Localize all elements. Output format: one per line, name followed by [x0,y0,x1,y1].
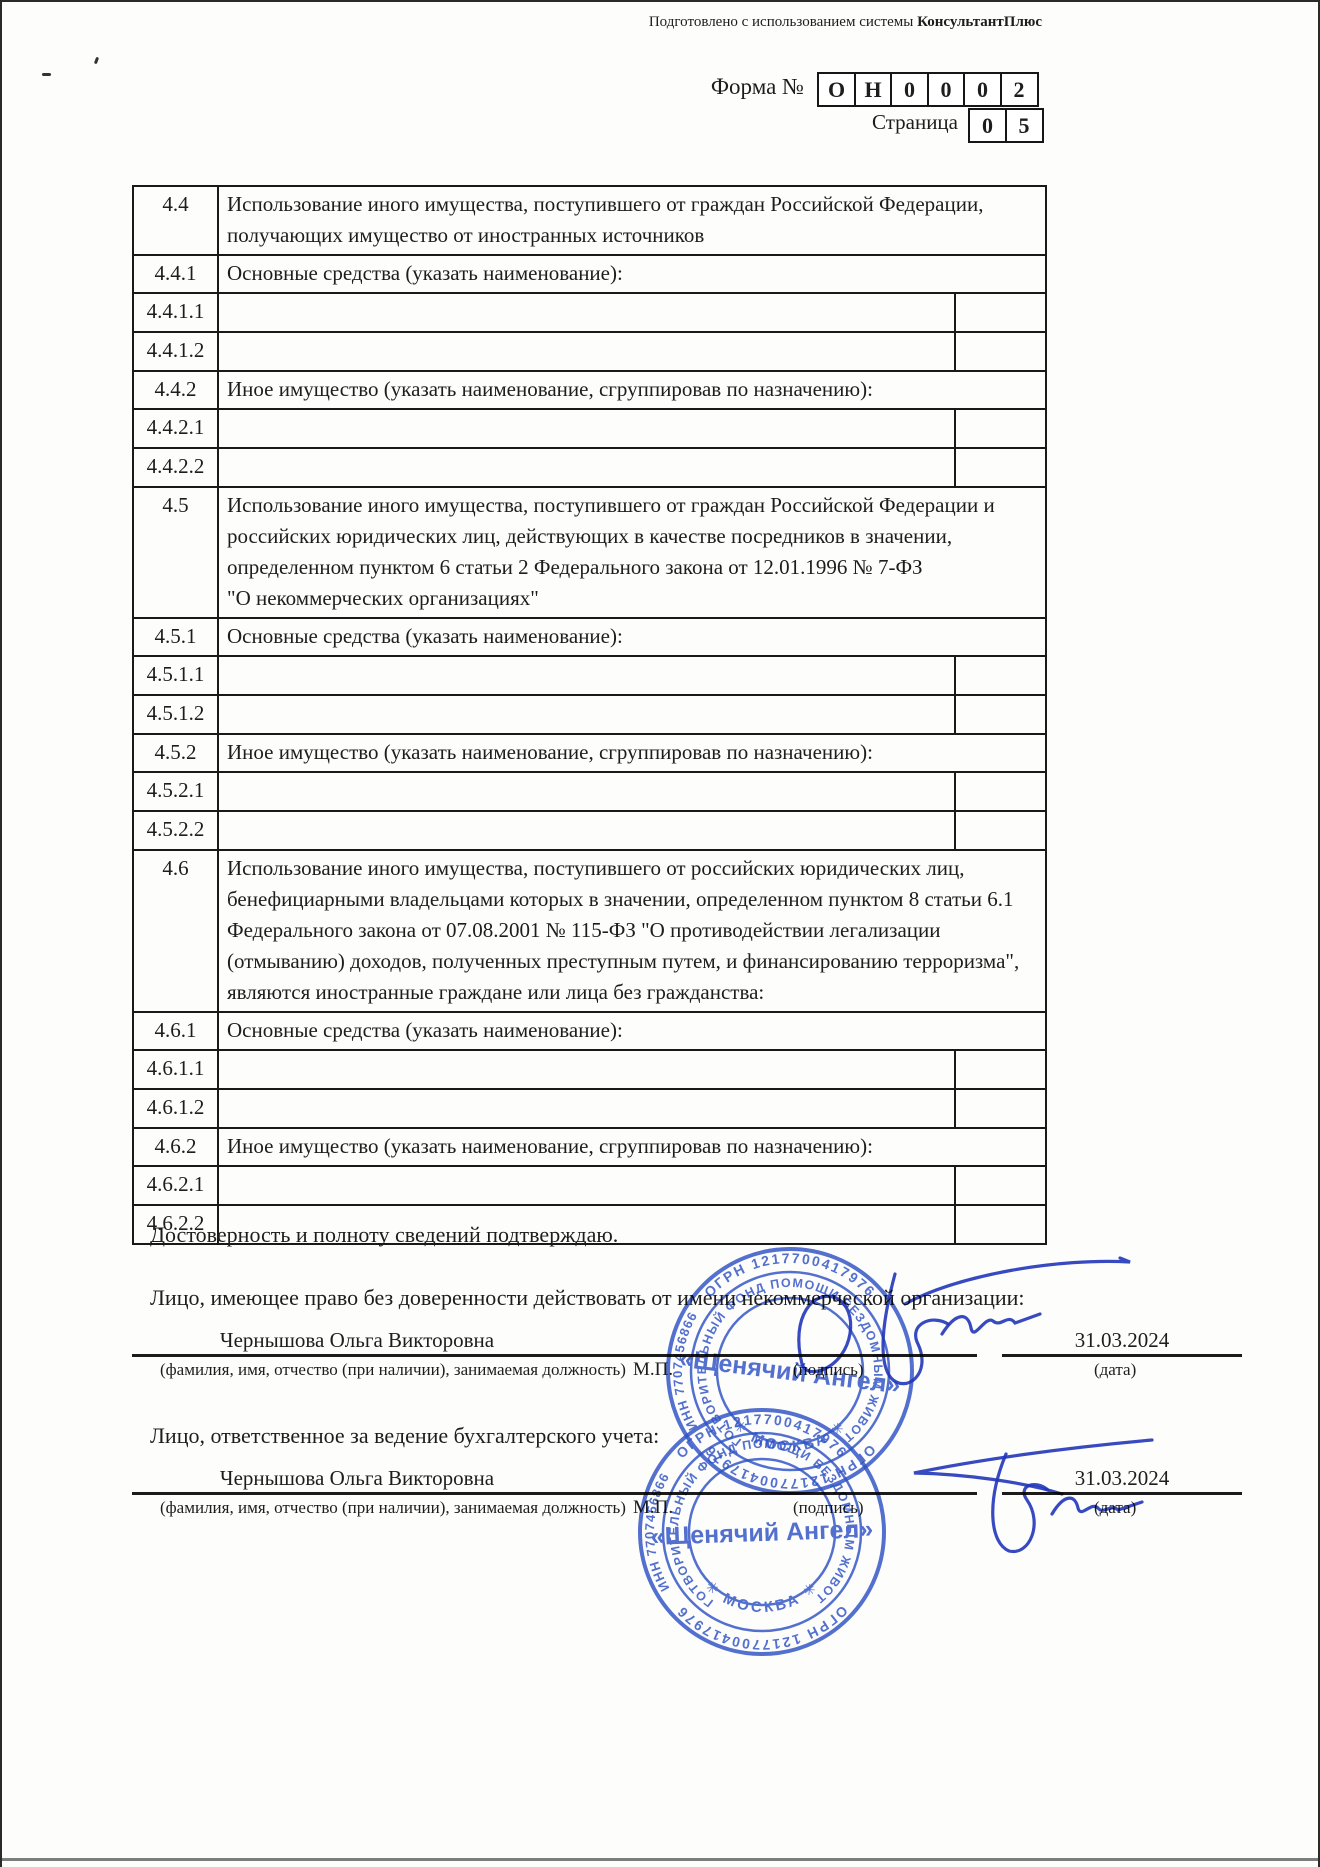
row-number-cell: 4.4.1.1 [133,293,218,332]
code-box-cell: 5 [1005,108,1044,143]
stamp-center-text: «Щенячий Ангел» [650,1515,873,1551]
row-number-cell: 4.5.1.2 [133,695,218,734]
row-text-cell: Использование иного имущества, поступивш… [218,487,1046,618]
amount-cell[interactable] [955,656,1046,695]
table-row: 4.5.1.2 [133,695,1046,734]
row-number-cell: 4.6.1.1 [133,1050,218,1089]
code-box-cell: 2 [1000,72,1039,107]
row-text-cell: Основные средства (указать наименование)… [218,618,1046,656]
scan-bottom-edge [2,1858,1320,1861]
row-number-cell: 4.4 [133,186,218,255]
value-cell[interactable] [218,332,955,371]
value-cell[interactable] [218,1050,955,1089]
table-row: 4.4.2.1 [133,409,1046,448]
amount-cell[interactable] [955,409,1046,448]
code-box-cell: 0 [890,72,929,107]
row-text-cell: Иное имущество (указать наименование, сг… [218,1128,1046,1166]
stamp-city-text: ✳ МОСКВА ✳ [701,1578,822,1616]
value-cell[interactable] [218,1089,955,1128]
table-row: 4.5Использование иного имущества, поступ… [133,487,1046,618]
row-number-cell: 4.6.1.2 [133,1089,218,1128]
row-text-cell: Иное имущество (указать наименование, сг… [218,371,1046,409]
row-number-cell: 4.6.2 [133,1128,218,1166]
value-cell[interactable] [218,293,955,332]
page-number-label: Страница [772,110,958,135]
table-row: 4.5.1.1 [133,656,1046,695]
table-row: 4.6Использование иного имущества, поступ… [133,850,1046,1012]
scan-speck [42,73,51,76]
page-number-boxes: 05 [968,108,1044,143]
row-number-cell: 4.5.2 [133,734,218,772]
value-cell[interactable] [218,695,955,734]
report-table: 4.4Использование иного имущества, поступ… [132,185,1047,1245]
row-text-cell: Иное имущество (указать наименование, сг… [218,734,1046,772]
value-cell[interactable] [218,656,955,695]
row-number-cell: 4.4.2 [133,371,218,409]
code-box-cell: 0 [927,72,966,107]
row-number-cell: 4.5.1 [133,618,218,656]
signer1-name-caption: (фамилия, имя, отчество (при наличии), з… [160,1360,626,1380]
signer2-date-caption: (дата) [1094,1498,1136,1518]
value-cell[interactable] [218,1166,955,1205]
svg-text:✳ МОСКВА ✳: ✳ МОСКВА ✳ [701,1578,822,1616]
prepared-with-note: Подготовлено с использованием системы Ко… [562,14,1042,31]
table-row: 4.4.1.2 [133,332,1046,371]
code-box-cell: О [817,72,856,107]
value-cell[interactable] [218,811,955,850]
signer1-label: Лицо, имеющее право без доверенности дей… [150,1285,1025,1311]
table-row: 4.5.2.2 [133,811,1046,850]
value-cell[interactable] [218,409,955,448]
svg-text:✳ МОСКВА ✳: ✳ МОСКВА ✳ [729,1417,850,1455]
table-row: 4.5.2.1 [133,772,1046,811]
signer1-name: Чернышова Ольга Викторовна [132,1328,582,1353]
signer1-name-line: Чернышова Ольга Викторовна [132,1328,977,1357]
signer2-name-line: Чернышова Ольга Викторовна [132,1466,977,1495]
table-row: 4.6.2Иное имущество (указать наименовани… [133,1128,1046,1166]
row-number-cell: 4.5.2.1 [133,772,218,811]
row-number-cell: 4.5.2.2 [133,811,218,850]
row-text-cell: Использование иного имущества, поступивш… [218,850,1046,1012]
amount-cell[interactable] [955,772,1046,811]
stamp-ogrn-text: ОГРН 1217700417976 [673,1411,851,1461]
row-number-cell: 4.4.1 [133,255,218,293]
signer2-stamp-place: М.П. [633,1497,673,1519]
prepared-note-brand: КонсультантПлюс [917,14,1042,30]
signer2-date-line: 31.03.2024 [1002,1466,1242,1495]
table-row: 4.6.1.2 [133,1089,1046,1128]
row-text-cell: Основные средства (указать наименование)… [218,1012,1046,1050]
value-cell[interactable] [218,772,955,811]
signer1-stamp-place: М.П. [633,1359,673,1381]
table-row: 4.6.1Основные средства (указать наименов… [133,1012,1046,1050]
signer2-name-caption: (фамилия, имя, отчество (при наличии), з… [160,1498,626,1518]
table-row: 4.5.1Основные средства (указать наименов… [133,618,1046,656]
signer2-sign-caption: (подпись) [793,1498,864,1518]
svg-text:ОГРН 1217700417976: ОГРН 1217700417976 [673,1603,851,1653]
row-text-cell: Использование иного имущества, поступивш… [218,186,1046,255]
amount-cell[interactable] [955,1166,1046,1205]
form-number-label: Форма № [692,74,804,100]
signature-2 [914,1440,1152,1552]
amount-cell[interactable] [955,448,1046,487]
code-box-cell: 0 [963,72,1002,107]
amount-cell[interactable] [955,1050,1046,1089]
row-number-cell: 4.5.1.1 [133,656,218,695]
table-row: 4.6.1.1 [133,1050,1046,1089]
stamp-ogrn-text: ОГРН 1217700417976 [673,1603,851,1653]
svg-text:ОГРН 1217700417976: ОГРН 1217700417976 [673,1411,851,1461]
table-row: 4.4.2Иное имущество (указать наименовани… [133,371,1046,409]
row-number-cell: 4.4.2.1 [133,409,218,448]
table-row: 4.5.2Иное имущество (указать наименовани… [133,734,1046,772]
signer2-name: Чернышова Ольга Викторовна [132,1466,582,1491]
value-cell[interactable] [218,448,955,487]
row-text-cell: Основные средства (указать наименование)… [218,255,1046,293]
row-number-cell: 4.5 [133,487,218,618]
report-table-body: 4.4Использование иного имущества, поступ… [133,186,1046,1244]
signer1-sign-caption: (подпись) [793,1360,864,1380]
table-row: 4.4.1Основные средства (указать наименов… [133,255,1046,293]
scan-speck [94,57,99,65]
stamp-rings [640,1410,884,1654]
prepared-note-text: Подготовлено с использованием системы [649,14,917,30]
row-number-cell: 4.4.1.2 [133,332,218,371]
signer2-label: Лицо, ответственное за ведение бухгалтер… [150,1423,659,1449]
signer1-date-caption: (дата) [1094,1360,1136,1380]
code-box-cell: 0 [968,108,1007,143]
table-row: 4.4Использование иного имущества, поступ… [133,186,1046,255]
amount-cell[interactable] [955,293,1046,332]
table-row: 4.6.2.1 [133,1166,1046,1205]
amount-cell[interactable] [955,695,1046,734]
row-number-cell: 4.6.2.1 [133,1166,218,1205]
confirmation-text: Достоверность и полноту сведений подтвер… [150,1222,618,1248]
table-row: 4.4.2.2 [133,448,1046,487]
amount-cell[interactable] [955,1089,1046,1128]
row-number-cell: 4.6 [133,850,218,1012]
stamp-city-text: ✳ МОСКВА ✳ [729,1417,850,1455]
amount-cell[interactable] [955,811,1046,850]
document-page: Подготовлено с использованием системы Ко… [0,0,1320,1867]
row-number-cell: 4.4.2.2 [133,448,218,487]
signer1-date-line: 31.03.2024 [1002,1328,1242,1357]
amount-cell[interactable] [955,1205,1046,1244]
code-box-cell: Н [854,72,893,107]
table-row: 4.4.1.1 [133,293,1046,332]
form-code-boxes: ОН0002 [817,72,1039,107]
amount-cell[interactable] [955,332,1046,371]
row-number-cell: 4.6.1 [133,1012,218,1050]
